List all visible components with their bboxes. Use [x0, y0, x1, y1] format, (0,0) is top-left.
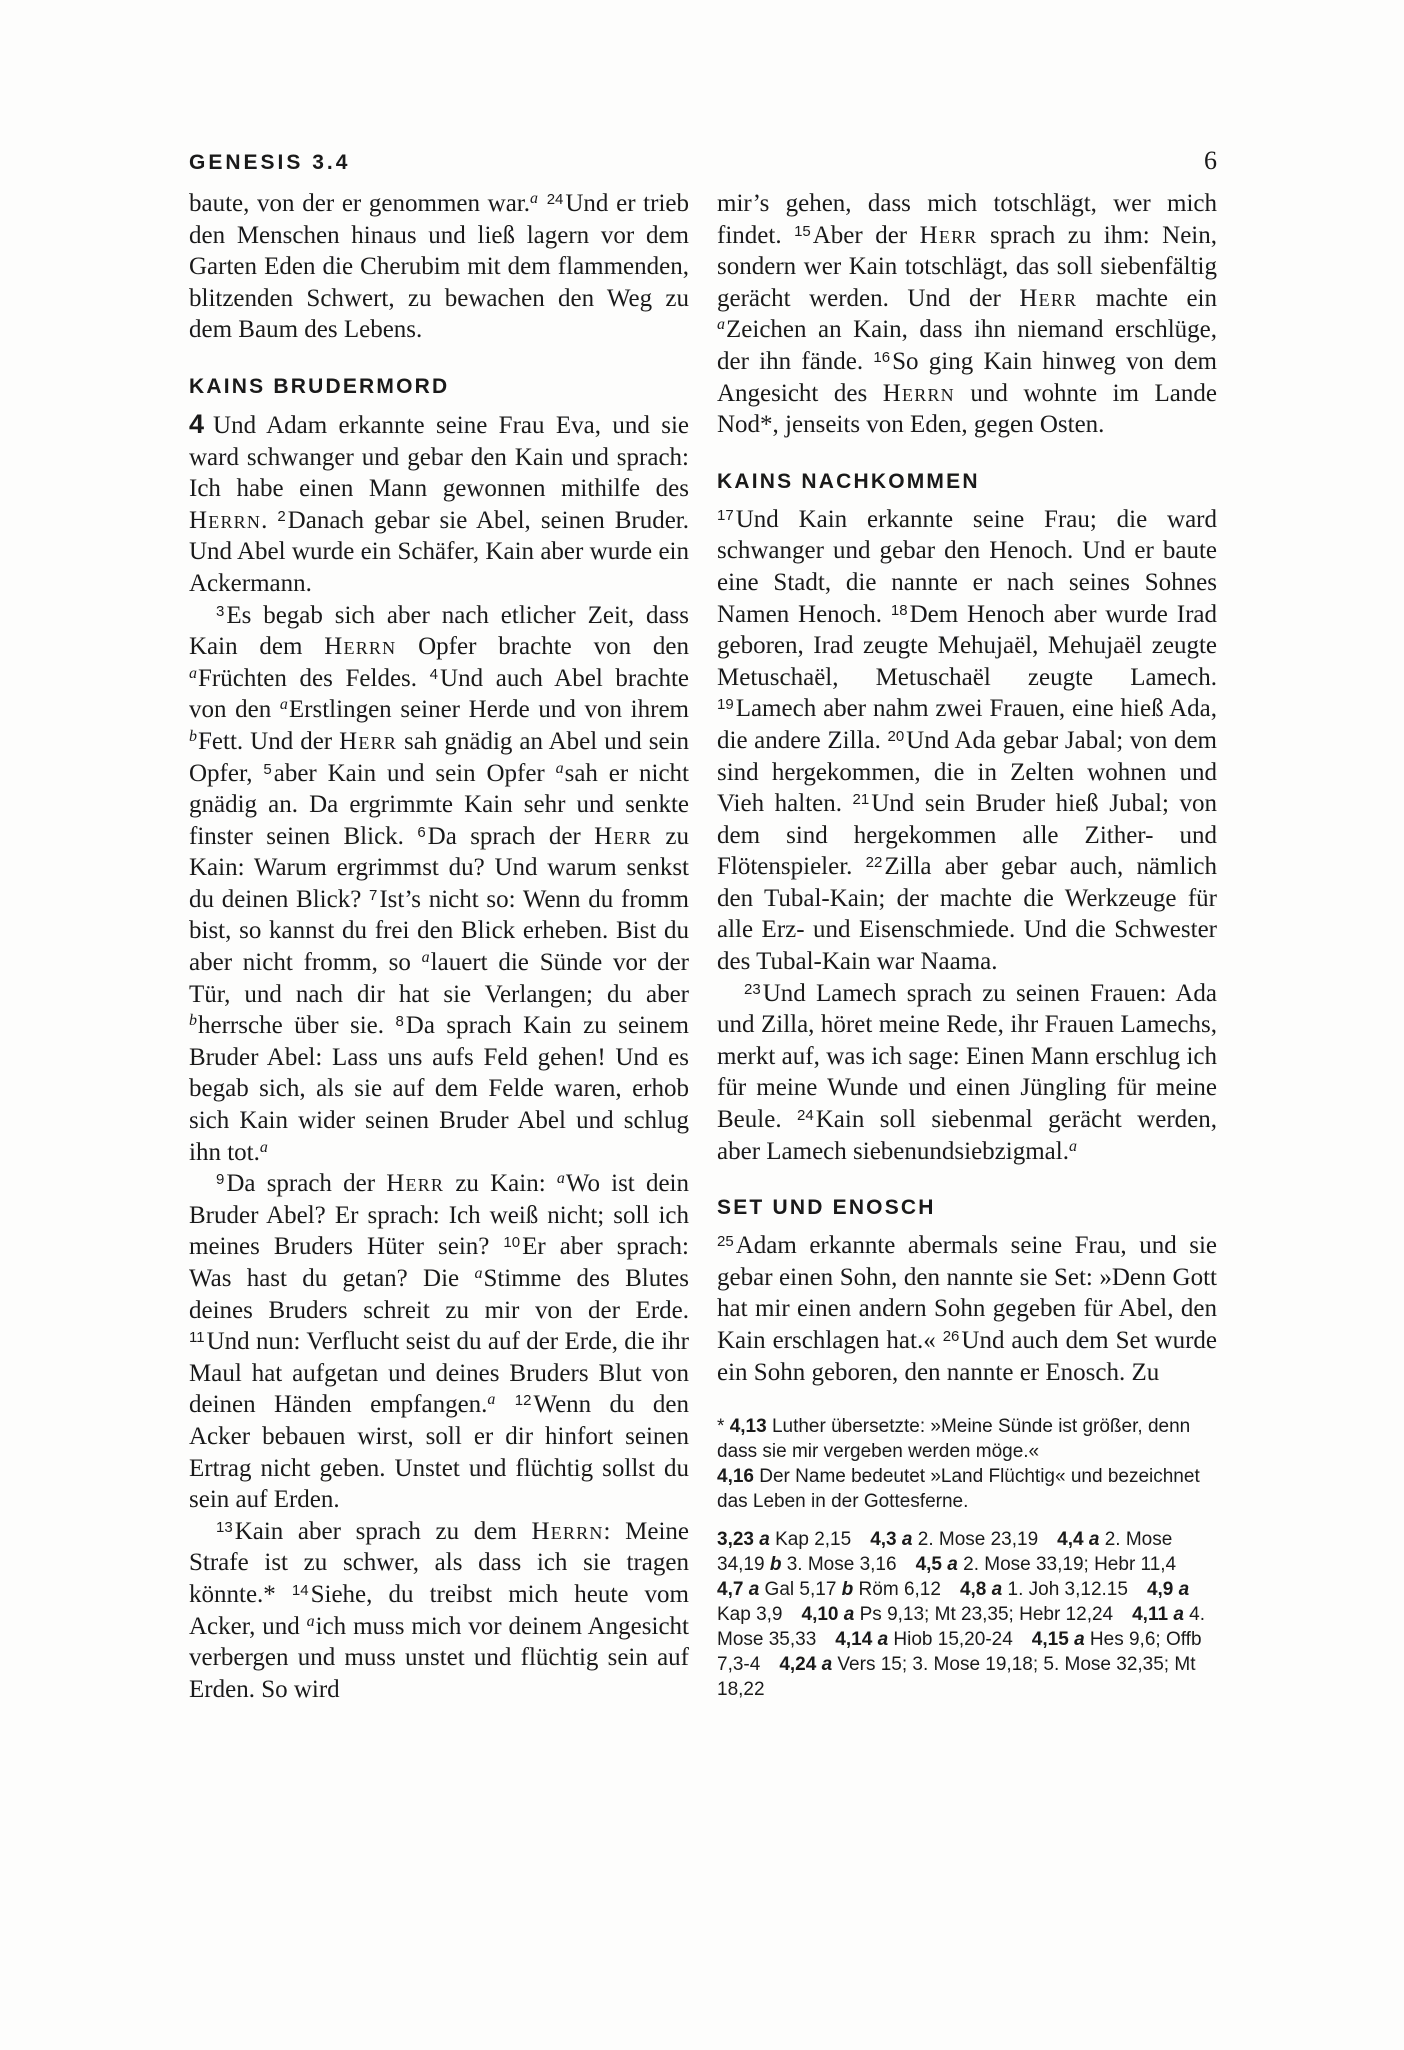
section-heading: KAINS NACHKOMMEN [717, 470, 1217, 494]
reference-bold: 4,8 [960, 1579, 986, 1600]
verse-paragraph: 9Da sprach der Herr zu Kain: aWo ist dei… [189, 1168, 689, 1516]
divine-name: Herr [386, 1170, 444, 1197]
footnote-marker: a [280, 696, 288, 713]
verse-number: 4 [430, 666, 438, 683]
footnote-marker: b [189, 1012, 197, 1029]
verse-number: 14 [292, 1582, 309, 1599]
verse-number: 25 [717, 1233, 734, 1250]
verse-number: 21 [853, 791, 870, 808]
verse-paragraph: 17Und Kain erkannte seine Frau; die ward… [717, 504, 1217, 978]
reference-bold: 4,13 [730, 1416, 767, 1437]
reference-bold: 4,24 [779, 1654, 816, 1675]
reference-bold: 4,3 [870, 1529, 896, 1550]
text-columns: baute, von der er genommen war.a 24Und e… [189, 188, 1217, 1705]
verse-number: 22 [866, 854, 883, 871]
divine-name: Herr [1019, 285, 1077, 312]
footnote-marker: a [487, 1391, 495, 1408]
verse-number: 6 [417, 824, 425, 841]
page-number: 6 [1204, 150, 1217, 172]
reference-letter: a [1074, 1629, 1085, 1650]
reference-letter: a [844, 1604, 855, 1625]
running-head: GENESIS 3.4 [189, 152, 350, 174]
verse-number: 24 [547, 191, 564, 208]
divine-name: Herrn [883, 380, 955, 407]
reference-letter: a [947, 1554, 958, 1575]
verse-number: 23 [744, 981, 761, 998]
reference-letter: a [1179, 1579, 1190, 1600]
verse-number: 3 [216, 603, 224, 620]
verse-number: 15 [794, 223, 811, 240]
page-content: GENESIS 3.4 6 baute, von der er genommen… [189, 150, 1217, 1705]
verse-number: 9 [216, 1171, 224, 1188]
cross-references: 3,23 a Kap 2,15 4,3 a 2. Mose 23,19 4,4 … [717, 1527, 1217, 1702]
verse-paragraph: baute, von der er genommen war.a 24Und e… [189, 188, 689, 346]
verse-number: 13 [216, 1519, 233, 1536]
reference-bold: 4,7 [717, 1579, 743, 1600]
reference-letter: a [1089, 1529, 1100, 1550]
footnote-marker: a [1069, 1138, 1077, 1155]
translator-note: 4,16 Der Name bedeutet »Land Flüchtig« u… [717, 1464, 1217, 1514]
divine-name: Herr [594, 823, 652, 850]
verse-number: 12 [515, 1392, 532, 1409]
divine-name: Herr [920, 222, 978, 249]
divine-name: Herrn [324, 633, 396, 660]
divine-name: Herrn [189, 507, 261, 534]
reference-bold: 4,14 [835, 1629, 872, 1650]
verse-number: 24 [797, 1107, 814, 1124]
reference-letter: a [822, 1654, 833, 1675]
reference-letter: a [749, 1579, 760, 1600]
verse-paragraph: 4Und Adam erkannte seine Frau Eva, und s… [189, 409, 689, 600]
reference-letter: a [1173, 1604, 1184, 1625]
section-heading: SET UND ENOSCH [717, 1196, 1217, 1220]
reference-bold: 4,15 [1032, 1629, 1069, 1650]
verse-paragraph: 3Es begab sich aber nach etlicher Zeit, … [189, 600, 689, 1169]
reference-letter: a [759, 1529, 770, 1550]
verse-paragraph: mir’s gehen, dass mich totschlägt, wer m… [717, 188, 1217, 441]
reference-bold: 4,10 [802, 1604, 839, 1625]
reference-letter: a [902, 1529, 913, 1550]
footnote-marker: a [474, 1265, 482, 1282]
divine-name: Herr [339, 728, 397, 755]
divine-name: Herrn [531, 1518, 603, 1545]
reference-bold: 3,23 [717, 1529, 754, 1550]
reference-letter: b [770, 1554, 782, 1575]
reference-bold: 4,16 [717, 1466, 754, 1487]
verse-number: 17 [717, 507, 734, 524]
verse-number: 11 [189, 1329, 205, 1346]
bible-page: GENESIS 3.4 6 baute, von der er genommen… [0, 0, 1404, 2050]
footnote-marker: b [189, 728, 197, 745]
section-heading: KAINS BRUDERMORD [189, 375, 689, 399]
verse-number: 10 [503, 1234, 520, 1251]
reference-bold: 4,9 [1147, 1579, 1173, 1600]
verse-number: 5 [263, 761, 271, 778]
reference-bold: 4,5 [916, 1554, 942, 1575]
verse-number: 20 [887, 728, 904, 745]
footnote-marker: a [556, 760, 564, 777]
reference-bold: 4,4 [1057, 1529, 1083, 1550]
verse-paragraph: 25Adam erkannte abermals seine Frau, und… [717, 1230, 1217, 1388]
translator-note: * 4,13 Luther übersetzte: »Meine Sünde i… [717, 1414, 1217, 1464]
left-column: baute, von der er genommen war.a 24Und e… [189, 188, 689, 1705]
footnote-marker: a [189, 665, 197, 682]
reference-letter: b [842, 1579, 854, 1600]
verse-number: 16 [873, 349, 890, 366]
chapter-number: 4 [189, 409, 204, 439]
footnote-marker: a [717, 316, 725, 333]
footnote-marker: a [260, 1139, 268, 1156]
page-header: GENESIS 3.4 6 [189, 150, 1217, 174]
footnote-marker: a [422, 949, 430, 966]
reference-letter: a [878, 1629, 889, 1650]
right-column: mir’s gehen, dass mich totschlägt, wer m… [717, 188, 1217, 1705]
verse-number: 18 [891, 602, 908, 619]
verse-number: 7 [369, 887, 377, 904]
verse-number: 26 [943, 1328, 960, 1345]
reference-letter: a [992, 1579, 1003, 1600]
reference-bold: 4,11 [1132, 1604, 1168, 1625]
footnote-marker: a [557, 1170, 565, 1187]
footnote-marker: a [530, 190, 538, 207]
footnote-marker: a [307, 1613, 315, 1630]
verse-paragraph: 23Und Lamech sprach zu seinen Frauen: Ad… [717, 978, 1217, 1168]
verse-paragraph: 13Kain aber sprach zu dem Herrn: Meine S… [189, 1516, 689, 1706]
verse-number: 19 [717, 696, 734, 713]
verse-number: 2 [277, 508, 285, 525]
verse-number: 8 [395, 1013, 403, 1030]
